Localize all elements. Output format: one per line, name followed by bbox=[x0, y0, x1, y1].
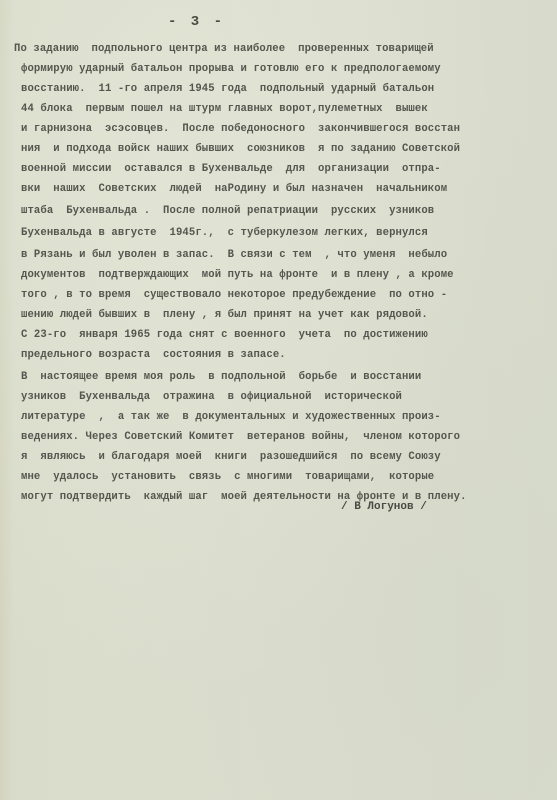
text-line: вки наших Советских людей наРодину и был… bbox=[21, 183, 447, 195]
text-line: восстанию. 11 -го апреля 1945 года подпо… bbox=[21, 83, 434, 95]
text-line: С 23-го января 1965 года снят с военного… bbox=[21, 329, 428, 341]
text-line: я являюсь и благодаря моей книги разошед… bbox=[21, 451, 441, 463]
text-line: ния и подхода войск наших бывших союзник… bbox=[21, 143, 460, 155]
text-line: военной миссии оставался в Бухенвальде д… bbox=[21, 163, 441, 175]
typewritten-page: - 3 - По заданию подпольного центра из н… bbox=[0, 0, 557, 800]
text-line: документов подтверждающих мой путь на фр… bbox=[21, 269, 454, 281]
text-line: мне удалось установить связь с многими т… bbox=[21, 471, 434, 483]
text-line: узников Бухенвальда отражина в официальн… bbox=[21, 391, 402, 403]
text-line: 44 блока первым пошел на штурм главных в… bbox=[21, 103, 428, 115]
text-line: В настоящее время моя роль в подпольной … bbox=[21, 371, 421, 383]
page-number: - 3 - bbox=[168, 14, 225, 30]
text-line: формирую ударный батальон прорыва и гото… bbox=[21, 63, 441, 75]
text-line: шению людей бывших в плену , я был приня… bbox=[21, 309, 428, 321]
text-line: По заданию подпольного центра из наиболе… bbox=[14, 43, 434, 55]
text-line: в Рязань и был уволен в запас. В связи с… bbox=[21, 249, 447, 261]
text-line: Бухенвальда в августе 1945г., с туберкул… bbox=[21, 227, 428, 239]
text-line: предельного возраста состояния в запасе. bbox=[21, 349, 286, 361]
text-line: и гарнизона эсэсовцев. После победоносно… bbox=[21, 123, 460, 135]
text-line: ведениях. Через Советский Комитет ветера… bbox=[21, 431, 460, 443]
signature: / В Логунов / bbox=[341, 501, 427, 513]
text-line: литературе , а так же в документальных и… bbox=[21, 411, 441, 423]
text-line: штаба Бухенвальда . После полной репатри… bbox=[21, 205, 434, 217]
text-line: того , в то время существовало некоторое… bbox=[21, 289, 447, 301]
